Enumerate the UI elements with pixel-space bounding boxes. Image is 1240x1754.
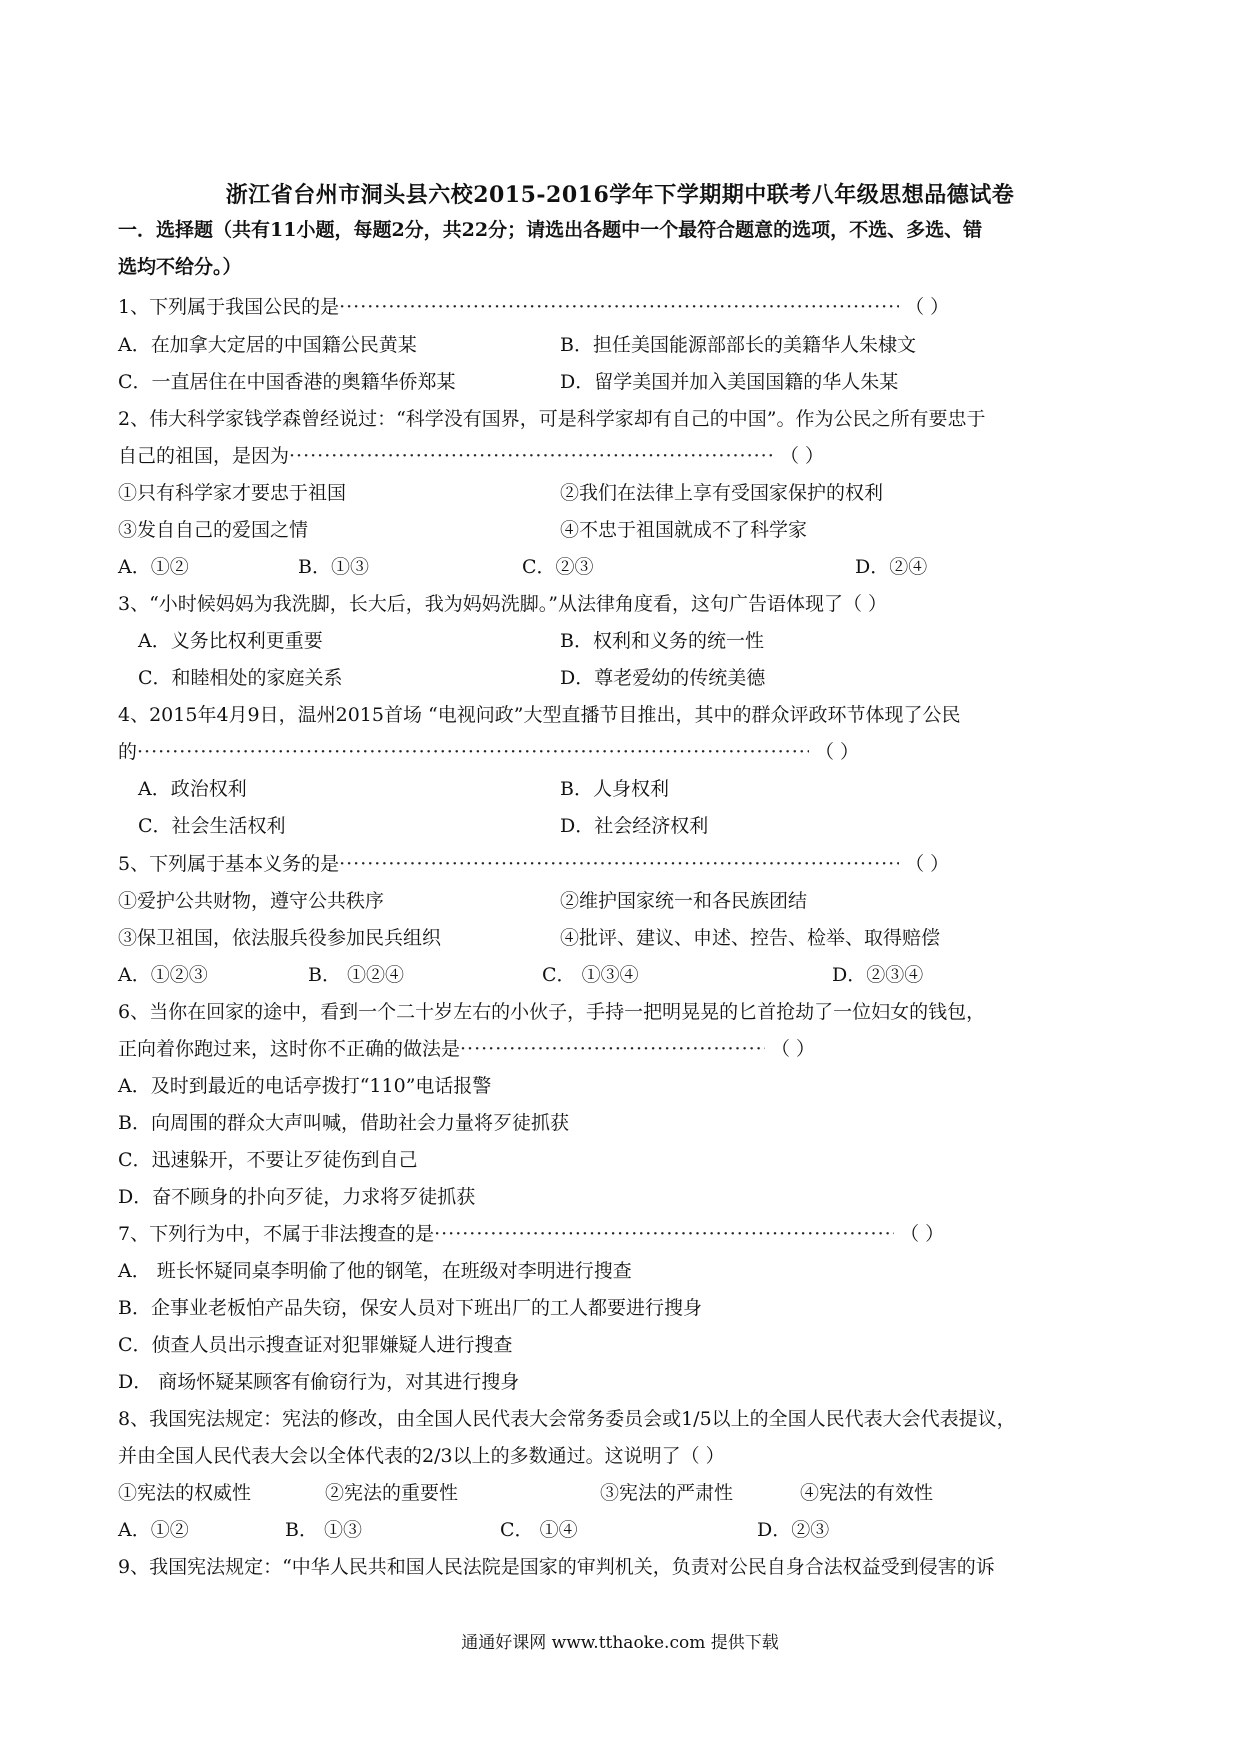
question-1-option-d: D．留学美国并加入美国国籍的华人朱某 xyxy=(560,367,898,397)
question-7-option-a: A． 班长怀疑同桌李明偷了他的钢笔，在班级对李明进行搜查 xyxy=(118,1256,632,1286)
question-4-option-d: D．社会经济权利 xyxy=(560,811,708,841)
question-2-item-1: ①只有科学家才要忠于祖国 xyxy=(118,478,346,508)
question-2-item-3: ③发自自己的爱国之情 xyxy=(118,515,308,545)
question-4-option-b: B．人身权利 xyxy=(560,774,669,804)
answer-blank: （ ） xyxy=(900,1223,944,1245)
question-7-option-d: D． 商场怀疑某顾客有偷窃行为，对其进行搜身 xyxy=(118,1367,519,1397)
answer-blank: （ ） xyxy=(780,445,824,467)
question-6-stem: 6、当你在回家的途中，看到一个二十岁左右的小伙子，手持一把明晃晃的匕首抢劫了一位… xyxy=(118,997,985,1027)
question-2-item-4: ④不忠于祖国就成不了科学家 xyxy=(560,515,807,545)
dot-leader: ········································… xyxy=(434,1219,894,1249)
question-6-option-d: D．奋不顾身的扑向歹徒，力求将歹徒抓获 xyxy=(118,1182,475,1212)
question-3-option-c: C．和睦相处的家庭关系 xyxy=(138,663,343,693)
question-5-item-2: ②维护国家统一和各民族团结 xyxy=(560,886,807,916)
dot-leader: ········································… xyxy=(339,292,899,322)
question-7-option-b: B．企事业老板怕产品失窃，保安人员对下班出厂的工人都要进行搜身 xyxy=(118,1293,702,1323)
question-6-option-c: C．迅速躲开，不要让歹徒伤到自己 xyxy=(118,1145,418,1175)
question-2-option-b: B．①③ xyxy=(298,552,369,582)
question-8-option-d: D．②③ xyxy=(757,1515,829,1545)
question-2-option-a: A．①② xyxy=(118,552,189,582)
question-8-item-1: ①宪法的权威性 xyxy=(118,1478,251,1508)
section-heading: 一．选择题（共有11小题，每题2分，共22分；请选出各题中一个最符合题意的选项，… xyxy=(118,212,1128,286)
section-heading-line1: 一．选择题（共有11小题，每题2分，共22分；请选出各题中一个最符合题意的选项，… xyxy=(118,212,1128,249)
question-4-option-c: C．社会生活权利 xyxy=(138,811,286,841)
dot-leader: ········································… xyxy=(460,1034,765,1064)
question-5-item-1: ①爱护公共财物，遵守公共秩序 xyxy=(118,886,384,916)
question-1-stem: 1、下列属于我国公民的是····························… xyxy=(118,292,949,322)
dot-leader: ········································… xyxy=(289,441,774,471)
question-8-option-b: B． ①③ xyxy=(285,1515,362,1545)
question-2-option-c: C．②③ xyxy=(522,552,594,582)
stem-text: 5、下列属于基本义务的是 xyxy=(118,853,339,875)
question-8-option-c: C． ①④ xyxy=(500,1515,578,1545)
answer-blank: （ ） xyxy=(905,853,949,875)
question-2-option-d: D．②④ xyxy=(855,552,927,582)
stem-text: 7、下列行为中，不属于非法搜查的是 xyxy=(118,1223,434,1245)
page-footer: 通通好课网 www.tthaoke.com 提供下载 xyxy=(0,1628,1240,1653)
question-8-item-2: ②宪法的重要性 xyxy=(325,1478,458,1508)
stem-text: 自己的祖国，是因为 xyxy=(118,445,289,467)
question-2-item-2: ②我们在法律上享有受国家保护的权利 xyxy=(560,478,883,508)
question-3-option-b: B．权利和义务的统一性 xyxy=(560,626,764,656)
question-5-option-c: C． ①③④ xyxy=(542,960,639,990)
question-3-option-d: D．尊老爱幼的传统美德 xyxy=(560,663,765,693)
question-9-stem: 9、我国宪法规定：“中华人民共和国人民法院是国家的审判机关，负责对公民自身合法权… xyxy=(118,1552,995,1582)
question-4-option-a: A．政治权利 xyxy=(138,774,247,804)
question-4-stem: 4、2015年4月9日，温州2015首场 “电视问政”大型直播节目推出，其中的群… xyxy=(118,700,960,730)
question-7-option-c: C．侦查人员出示搜查证对犯罪嫌疑人进行搜查 xyxy=(118,1330,513,1360)
question-8-option-a: A．①② xyxy=(118,1515,189,1545)
answer-blank: （ ） xyxy=(815,741,859,763)
section-heading-line2: 选均不给分。） xyxy=(118,249,1128,286)
question-6-option-b: B．向周围的群众大声叫喊，借助社会力量将歹徒抓获 xyxy=(118,1108,569,1138)
stem-text: 正向着你跑过来，这时你不正确的做法是 xyxy=(118,1038,460,1060)
question-8-stem-cont: 并由全国人民代表大会以全体代表的2/3以上的多数通过。这说明了（ ） xyxy=(118,1441,725,1471)
stem-text: 1、下列属于我国公民的是 xyxy=(118,296,339,318)
question-5-item-3: ③保卫祖国，依法服兵役参加民兵组织 xyxy=(118,923,441,953)
question-5-option-d: D．②③④ xyxy=(832,960,923,990)
question-6-stem-cont: 正向着你跑过来，这时你不正确的做法是······················… xyxy=(118,1034,815,1064)
question-8-stem: 8、我国宪法规定：宪法的修改，由全国人民代表大会常务委员会或1/5以上的全国人民… xyxy=(118,1404,1016,1434)
question-1-option-b: B．担任美国能源部部长的美籍华人朱棣文 xyxy=(560,330,916,360)
question-5-item-4: ④批评、建议、申述、控告、检举、取得赔偿 xyxy=(560,923,940,953)
question-8-item-4: ④宪法的有效性 xyxy=(800,1478,933,1508)
question-5-option-b: B． ①②④ xyxy=(308,960,404,990)
dot-leader: ········································… xyxy=(339,849,899,879)
question-7-stem: 7、下列行为中，不属于非法搜查的是·······················… xyxy=(118,1219,944,1249)
question-1-option-c: C．一直居住在中国香港的奥籍华侨郑某 xyxy=(118,367,456,397)
question-6-option-a: A．及时到最近的电话亭拨打“110”电话报警 xyxy=(118,1071,491,1101)
question-2-stem: 2、伟大科学家钱学森曾经说过：“科学没有国界，可是科学家却有自己的中国”。作为公… xyxy=(118,404,986,434)
question-2-stem-cont: 自己的祖国，是因为·······························… xyxy=(118,441,824,471)
question-4-stem-cont: 的·······································… xyxy=(118,737,859,767)
question-3-option-a: A．义务比权利更重要 xyxy=(138,626,323,656)
question-1-option-a: A．在加拿大定居的中国籍公民黄某 xyxy=(118,330,417,360)
exam-title: 浙江省台州市洞头县六校2015-2016学年下学期期中联考八年级思想品德试卷 xyxy=(0,178,1240,209)
question-3-stem: 3、“小时候妈妈为我洗脚，长大后，我为妈妈洗脚。”从法律角度看，这句广告语体现了… xyxy=(118,589,887,619)
stem-text: 的 xyxy=(118,741,137,763)
answer-blank: （ ） xyxy=(771,1038,815,1060)
question-5-stem: 5、下列属于基本义务的是····························… xyxy=(118,849,949,879)
question-8-item-3: ③宪法的严肃性 xyxy=(600,1478,733,1508)
answer-blank: （ ） xyxy=(905,296,949,318)
dot-leader: ········································… xyxy=(137,737,809,767)
question-5-option-a: A．①②③ xyxy=(118,960,208,990)
